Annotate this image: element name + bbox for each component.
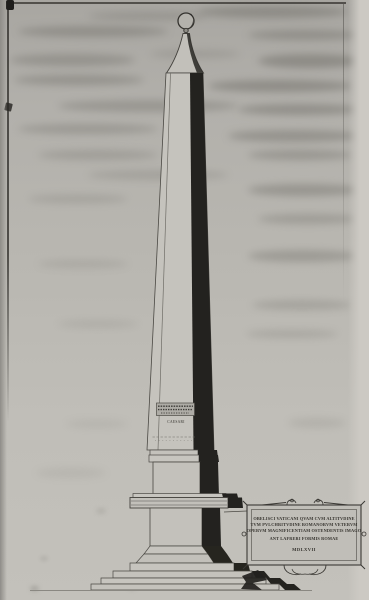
shaft-shadow-side (190, 73, 214, 450)
cartouche-line: OPERVM MAGNIFICENTIAM OSTENDENTIS IMAGO (247, 528, 362, 533)
obelisk-shaft (147, 73, 214, 450)
cartouche-line: ANT LAFRERI FORMIS ROMAE (270, 536, 339, 541)
engraved-plate-page: CAESARI (0, 0, 369, 600)
cartouche-footer: MDLXVII (292, 547, 316, 552)
pyramidion (167, 34, 204, 74)
orb-finial (178, 13, 194, 33)
cartouche-line: OBELISCI VATICANI QVAM CVM ALTITVDINE (253, 516, 354, 521)
obelisk-engraving: CAESARI (0, 0, 369, 600)
pedestal-cornice (130, 498, 228, 509)
pedestal-shadow-side (200, 462, 219, 497)
cartouche: OBELISCI VATICANI QVAM CVM ALTITVDINE TV… (242, 499, 366, 574)
pedestal (130, 450, 250, 571)
base-steps (30, 571, 312, 591)
cartouche-line: TVM PVLCHRITVDINE ROMANORVM VETERVM (251, 522, 358, 527)
shaft-label: CAESARI (167, 420, 185, 424)
